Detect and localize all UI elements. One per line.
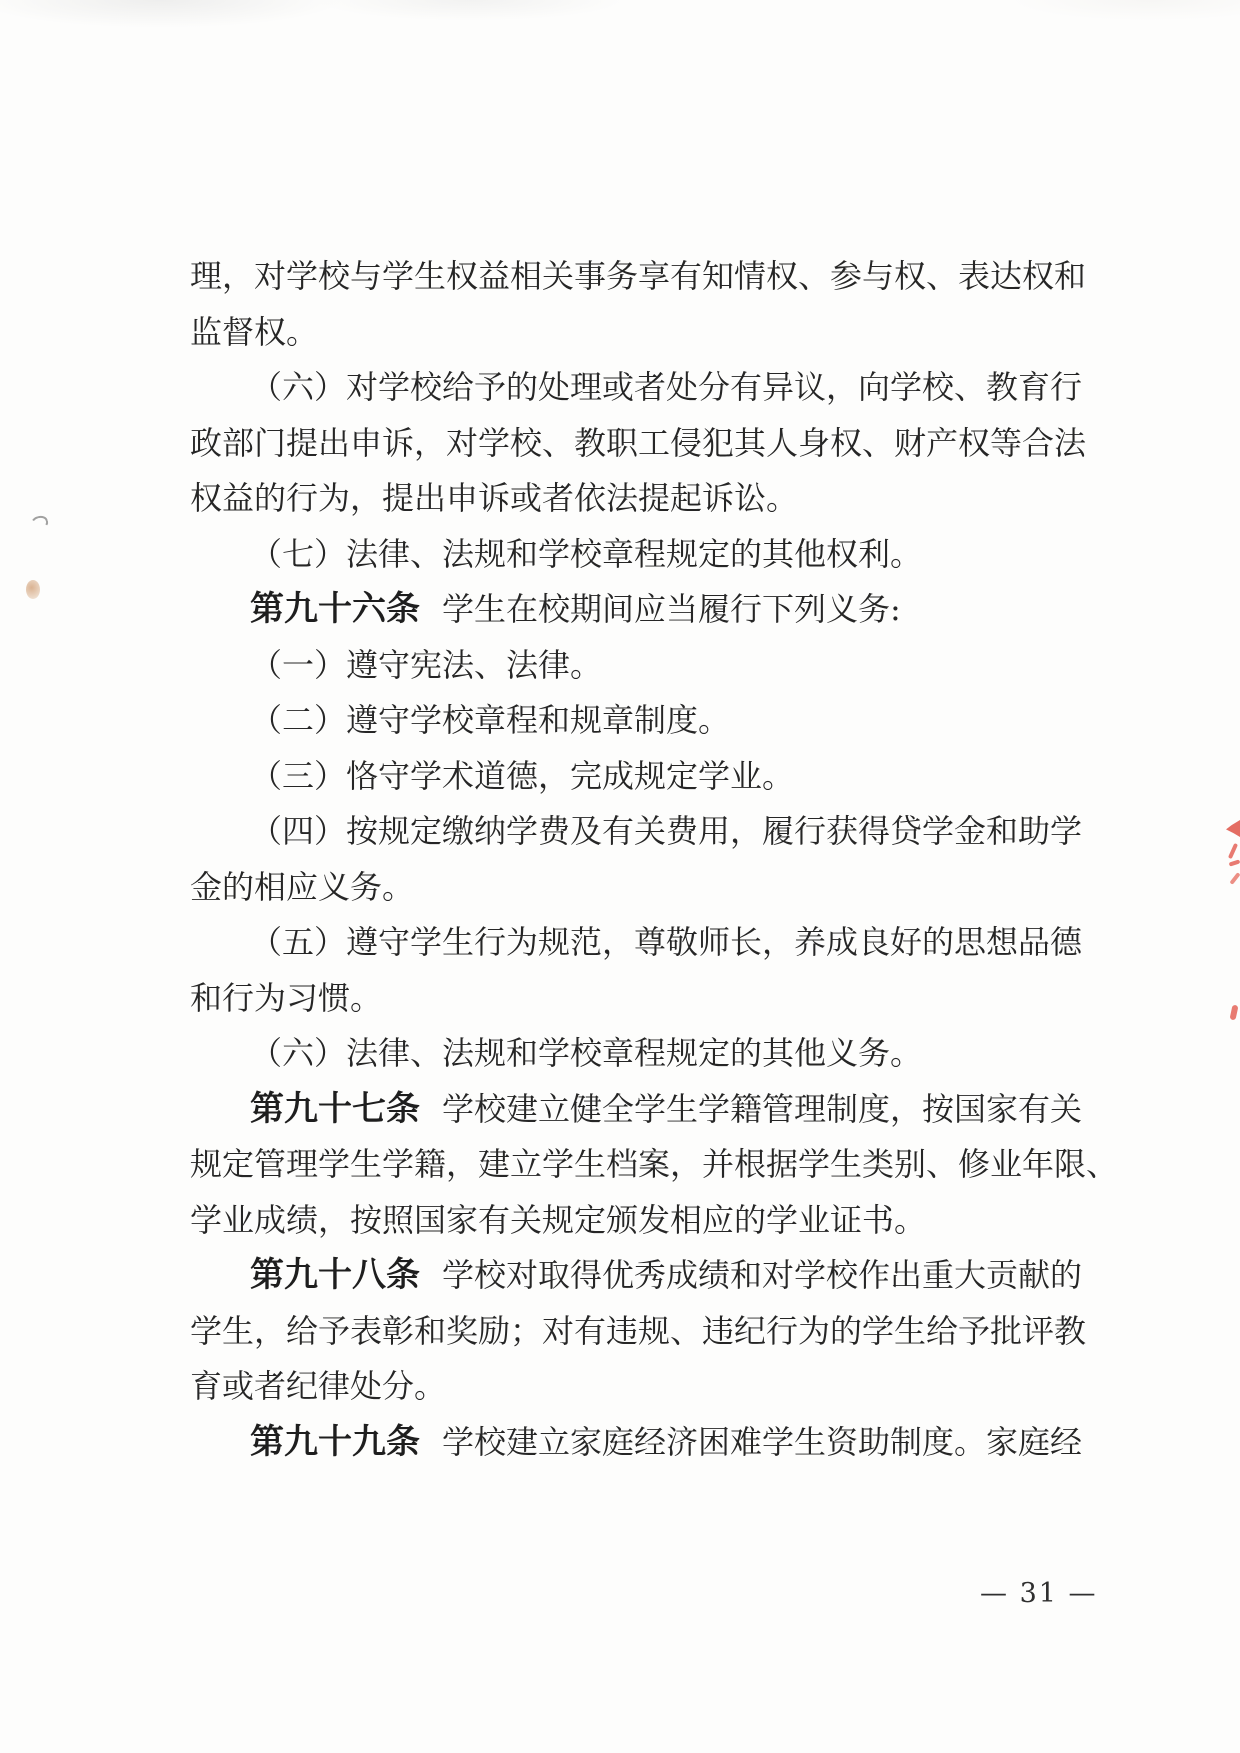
article-number: 第九十八条: [250, 1255, 420, 1295]
text-line: 政部门提出申诉，对学校、教职工侵犯其人身权、财产权等合法: [190, 416, 1130, 472]
text-line: 学生，给予表彰和奖励；对有违规、违纪行为的学生给予批评教: [190, 1304, 1130, 1360]
article-text: 学生在校期间应当履行下列义务:: [442, 590, 901, 628]
red-ink-artifact: [1230, 1005, 1239, 1021]
article-text: 学校建立家庭经济困难学生资助制度。家庭经: [442, 1423, 1082, 1461]
page-number: — 31 —: [980, 1578, 1098, 1609]
article-heading-line: 第九十九条学校建立家庭经济困难学生资助制度。家庭经: [190, 1415, 1130, 1471]
pencil-curl-artifact: [30, 514, 50, 531]
text-line: （四）按规定缴纳学费及有关费用，履行获得贷学金和助学: [190, 804, 1130, 860]
text-line: 学业成绩，按照国家有关规定颁发相应的学业证书。: [190, 1193, 1130, 1249]
text-line: 监督权。: [190, 305, 1130, 361]
article-number: 第九十九条: [250, 1422, 420, 1462]
document-page: 理，对学校与学生权益相关事务享有知情权、参与权、表达权和 监督权。 （六）对学校…: [0, 0, 1240, 1753]
text-line: 权益的行为，提出申诉或者依法提起诉讼。: [190, 471, 1130, 527]
text-line: （六）对学校给予的处理或者处分有异议，向学校、教育行: [190, 360, 1130, 416]
article-number: 第九十六条: [250, 589, 420, 629]
text-line: 理，对学校与学生权益相关事务享有知情权、参与权、表达权和: [190, 249, 1130, 305]
tan-smudge-artifact: [26, 580, 40, 599]
text-block: 理，对学校与学生权益相关事务享有知情权、参与权、表达权和 监督权。 （六）对学校…: [190, 249, 1130, 1470]
text-line: （一）遵守宪法、法律。: [190, 638, 1130, 694]
text-line: 育或者纪律处分。: [190, 1359, 1130, 1415]
red-ink-artifact: [1229, 859, 1240, 866]
article-number: 第九十七条: [250, 1089, 420, 1129]
article-heading-line: 第九十七条学校建立健全学生学籍管理制度，按国家有关: [190, 1082, 1130, 1138]
article-text: 学校对取得优秀成绩和对学校作出重大贡献的: [442, 1256, 1082, 1294]
article-heading-line: 第九十六条学生在校期间应当履行下列义务:: [190, 582, 1130, 638]
red-ink-artifact: [1228, 843, 1238, 859]
article-text: 学校建立健全学生学籍管理制度，按国家有关: [442, 1090, 1082, 1128]
text-line: 和行为习惯。: [190, 971, 1130, 1027]
text-line: （六）法律、法规和学校章程规定的其他义务。: [190, 1026, 1130, 1082]
text-line: 规定管理学生学籍，建立学生档案，并根据学生类别、修业年限、: [190, 1137, 1130, 1193]
text-line: （二）遵守学校章程和规章制度。: [190, 693, 1130, 749]
text-line: （三）恪守学术道德，完成规定学业。: [190, 749, 1130, 805]
text-line: （五）遵守学生行为规范，尊敬师长，养成良好的思想品德: [190, 915, 1130, 971]
red-ink-artifact: [1229, 872, 1240, 885]
text-line: （七）法律、法规和学校章程规定的其他权利。: [190, 527, 1130, 583]
text-line: 金的相应义务。: [190, 860, 1130, 916]
red-ink-artifact: [1226, 820, 1240, 837]
article-heading-line: 第九十八条学校对取得优秀成绩和对学校作出重大贡献的: [190, 1248, 1130, 1304]
